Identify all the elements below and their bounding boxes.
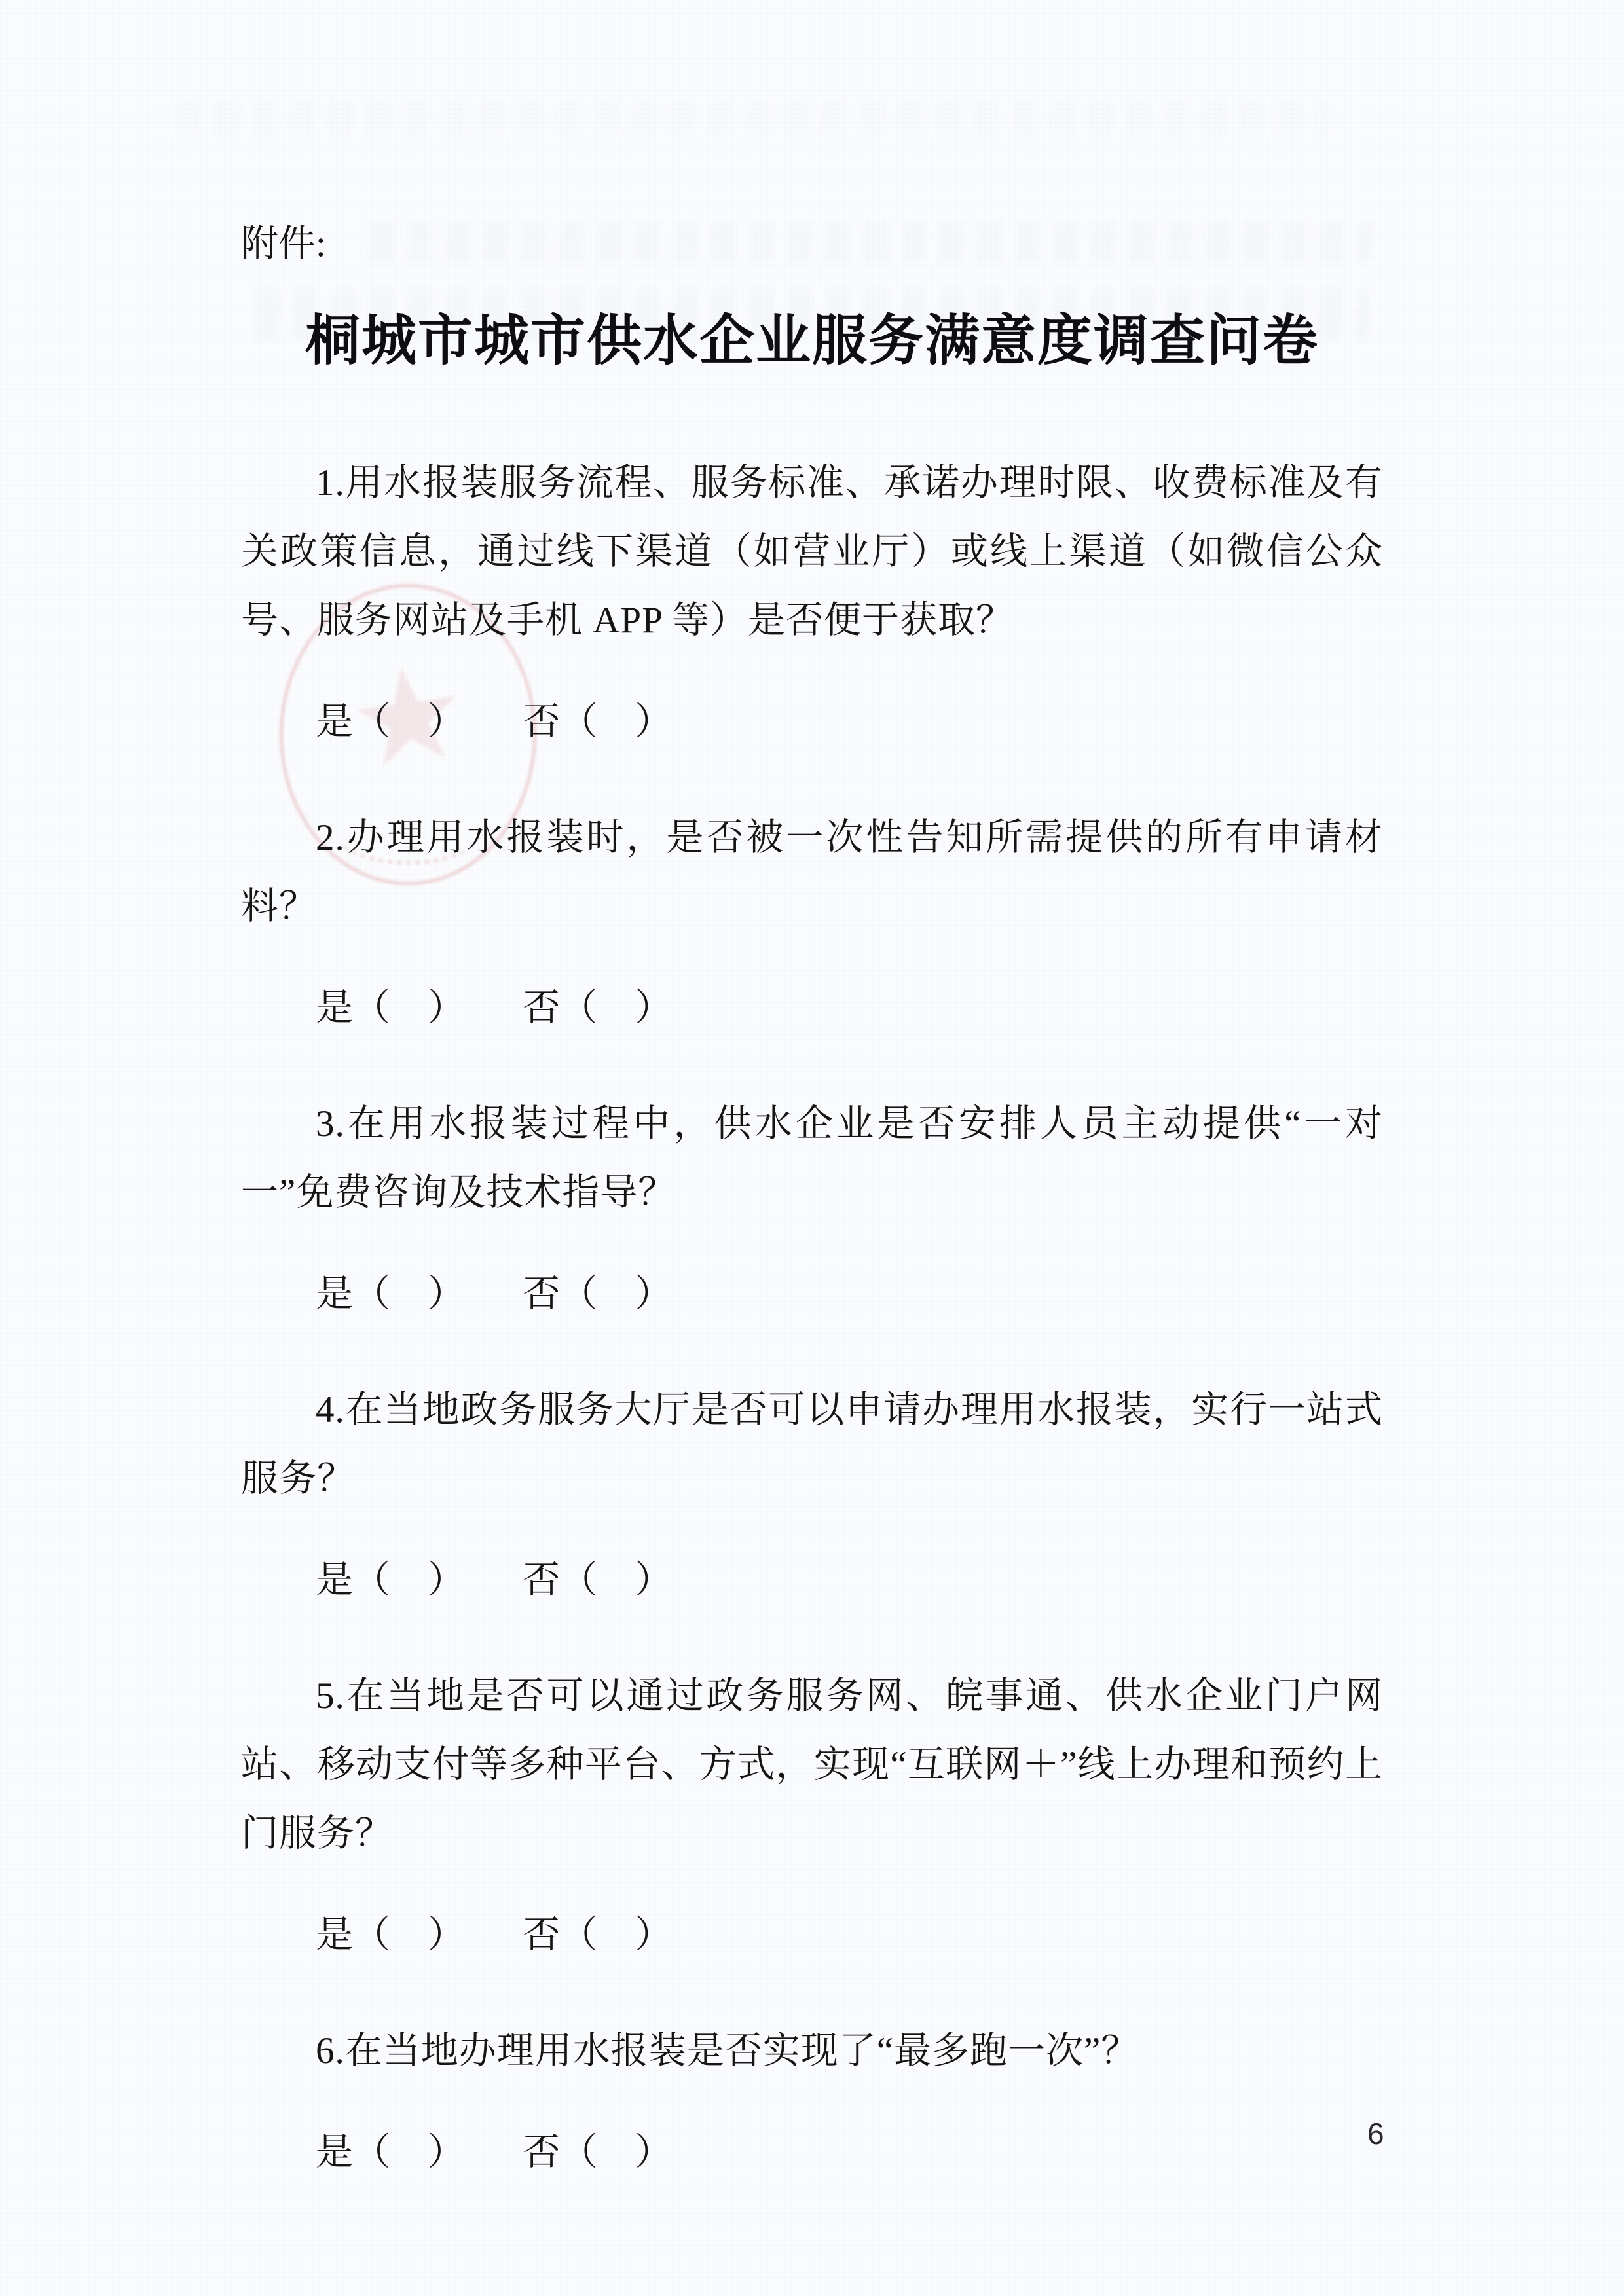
question-2: 2.办理用水报装时，是否被一次性告知所需提供的所有申请材料？ (241, 803, 1383, 941)
page-number: 6 (1367, 2116, 1384, 2151)
no-option: 否（ ） (523, 987, 672, 1029)
yes-option: 是（ ） (316, 701, 465, 742)
answer-line-2: 是（ ）否（ ） (241, 974, 1383, 1042)
answer-line-5: 是（ ）否（ ） (241, 1901, 1383, 1969)
yes-option: 是（ ） (316, 2132, 465, 2173)
document-body: 附件: 桐城市城市供水企业服务满意度调查问卷 1.用水报装服务流程、服务标准、承… (241, 0, 1383, 2187)
question-6: 6.在当地办理用水报装是否实现了“最多跑一次”？ (241, 2016, 1383, 2085)
question-5: 5.在当地是否可以通过政务服务网、皖事通、供水企业门户网站、移动支付等多种平台、… (241, 1662, 1383, 1868)
no-option: 否（ ） (523, 1914, 672, 1956)
question-3: 3.在用水报装过程中，供水企业是否安排人员主动提供“一对一”免费咨询及技术指导？ (241, 1089, 1383, 1227)
yes-option: 是（ ） (316, 1559, 465, 1601)
answer-line-6: 是（ ）否（ ） (241, 2118, 1383, 2187)
no-option: 否（ ） (523, 1559, 672, 1601)
page-title: 桐城市城市供水企业服务满意度调查问卷 (241, 304, 1383, 376)
answer-line-4: 是（ ）否（ ） (241, 1546, 1383, 1614)
answer-line-1: 是（ ）否（ ） (241, 687, 1383, 756)
no-option: 否（ ） (523, 2132, 672, 2173)
yes-option: 是（ ） (316, 1914, 465, 1956)
answer-line-3: 是（ ）否（ ） (241, 1260, 1383, 1328)
attachment-label: 附件: (241, 210, 1383, 278)
question-4: 4.在当地政务服务大厅是否可以申请办理用水报装，实行一站式服务？ (241, 1376, 1383, 1513)
question-1: 1.用水报装服务流程、服务标准、承诺办理时限、收费标准及有关政策信息，通过线下渠… (241, 448, 1383, 655)
no-option: 否（ ） (523, 1273, 672, 1315)
yes-option: 是（ ） (316, 1273, 465, 1315)
scanned-page: ★ 附件: 桐城市城市供水企业服务满意度调查问卷 1.用水报装服务流程、服务标准… (0, 0, 1624, 2296)
no-option: 否（ ） (523, 701, 672, 742)
yes-option: 是（ ） (316, 987, 465, 1029)
